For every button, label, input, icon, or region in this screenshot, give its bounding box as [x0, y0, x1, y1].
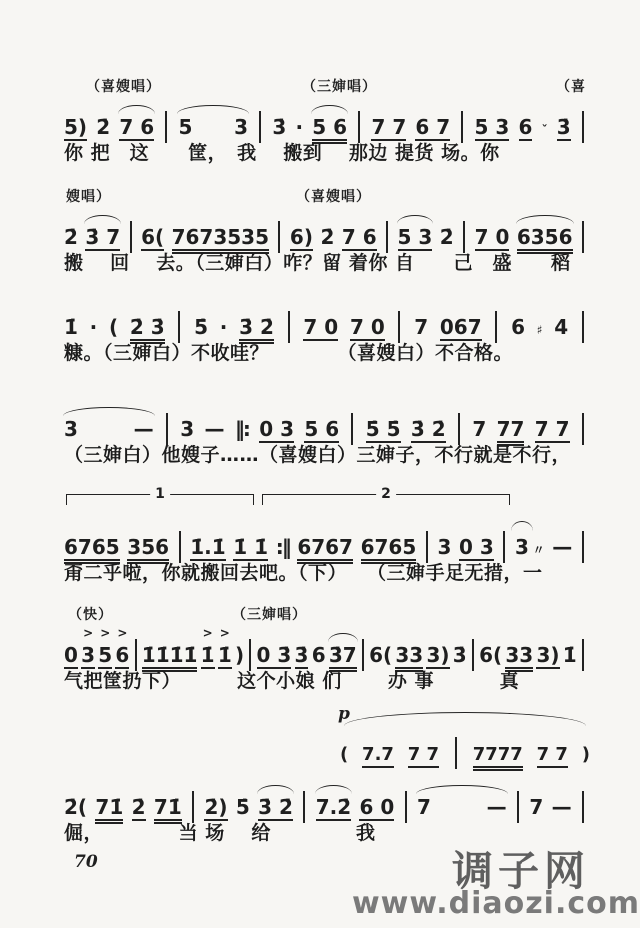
note-token: 3̇	[453, 644, 467, 666]
role-label: （喜嫂唱）	[86, 76, 161, 96]
note-token: 7777	[473, 745, 523, 771]
note-token: 5̇	[194, 316, 208, 338]
note-token: 7	[472, 418, 486, 440]
note-token: 2̇(	[64, 796, 87, 818]
note-token: (	[340, 745, 348, 765]
note-token: 3 —	[64, 418, 154, 440]
note-token: 7 —	[417, 796, 507, 818]
slur	[344, 712, 586, 726]
role-label: 嫂唱）	[66, 186, 111, 206]
lyrics-line: 搬 回 去。（三婶白）咋？留 着你 自 己 盛 稻	[64, 248, 586, 275]
note-token: 7 7	[537, 745, 568, 768]
volta-number: 2	[376, 486, 396, 502]
note-token: —	[205, 418, 225, 440]
note-token: 1̇	[563, 644, 577, 666]
note-token: 6	[511, 316, 525, 338]
role-label: （三婶唱）	[232, 604, 307, 624]
note-token: ♯	[537, 324, 543, 337]
volta-bracket-2: 2	[262, 494, 510, 505]
score-page: （喜嫂唱） （三婶唱） （喜 5)2̇7 65 33̇·5 67 76 75 3…	[0, 0, 640, 928]
note-token: 4	[554, 316, 568, 338]
note-token: ·	[90, 316, 98, 338]
note-token: 2̇	[320, 226, 334, 248]
note-token: 3	[437, 536, 451, 558]
note-token: (	[109, 316, 118, 338]
note-token: )	[582, 745, 590, 765]
lyrics-line: 你 把 这 筐， 我 搬到 那边 提货 场。你	[64, 138, 586, 165]
role-label: （喜	[556, 76, 586, 96]
note-token: 7 7	[408, 745, 439, 768]
note-token: 2̇	[96, 116, 110, 138]
repeat-barline: ‖:	[235, 417, 249, 441]
note-token: 5 3	[178, 116, 248, 138]
volta-bracket-1: 1	[66, 494, 254, 505]
volta-number: 1	[150, 486, 170, 502]
note-token: )	[235, 644, 244, 666]
note-token: 3	[180, 418, 194, 440]
note-token: 6(	[479, 644, 502, 666]
notation-row: (7.77 777777 7)	[340, 728, 590, 771]
role-label: （喜嫂唱）	[296, 186, 371, 206]
note-token: 7.7	[362, 745, 394, 768]
note-token: 6	[312, 644, 326, 666]
note-token: ·	[296, 116, 304, 138]
note-token: 3	[515, 536, 529, 558]
page-number: 70	[74, 852, 98, 872]
note-token: 7	[529, 796, 543, 818]
note-token: —	[552, 536, 572, 558]
repeat-barline: :‖	[276, 535, 290, 559]
note-token: 〃	[533, 544, 545, 557]
note-token: ·	[220, 316, 228, 338]
lyrics-line: 气把筐扔下） 这个小娘 们 办 事 真	[64, 666, 586, 693]
note-token: 1̇	[64, 316, 78, 338]
barline	[455, 737, 457, 769]
note-token: 7	[414, 316, 428, 338]
watermark-url: www.diaozi.com	[352, 886, 640, 921]
note-token: 5̇	[236, 796, 250, 818]
tempo-label: （快）	[68, 604, 113, 624]
role-label: （三婶唱）	[302, 76, 377, 96]
lyrics-line: 甭二乎啦，你就搬回去吧。（下） （三婶手足无措，一	[64, 558, 586, 585]
note-token: 2̇	[440, 226, 454, 248]
note-token: —	[552, 796, 572, 818]
note-token: ˇ	[542, 124, 548, 137]
lyrics-line: 糠。（三婶白）不收哇？ （喜嫂白）不合格。	[64, 338, 586, 365]
note-token: 3̇	[272, 116, 286, 138]
lyrics-line: （三婶白）他嫂子……（喜嫂白）三婶子，不行就是不行，	[64, 440, 586, 467]
note-token: 6(	[369, 644, 392, 666]
note-token: 2̇	[64, 226, 78, 248]
